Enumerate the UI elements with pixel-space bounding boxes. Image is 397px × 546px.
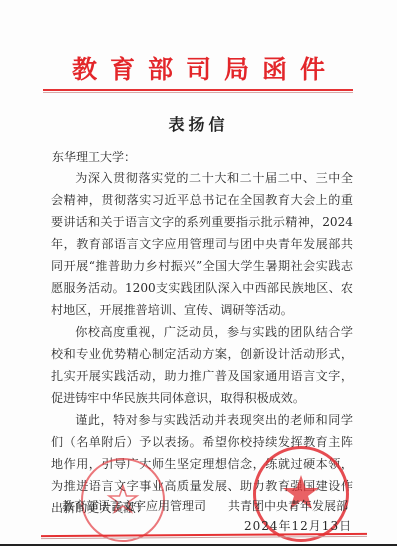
document-date: 2024年12月13日: [244, 517, 352, 534]
letterhead-title: 教育部司局函件: [0, 50, 397, 86]
salutation: 东华理工大学：: [52, 148, 136, 165]
letterhead-rule-shadow: [43, 92, 353, 93]
signatory-right: 共青团中央青年发展部: [228, 497, 348, 514]
document-title: 表扬信: [0, 112, 397, 135]
paragraph-2: 你校高度重视，广泛动员，参与实践的团队结合学校和专业优势精心制定活动方案，创新设…: [51, 321, 353, 409]
letterhead-red-rule: [43, 89, 353, 91]
document-page: 教育部司局函件 表扬信 东华理工大学： 为深入贯彻落实党的二十大和二十届二中、三…: [0, 0, 397, 546]
paragraph-1: 为深入贯彻落实党的二十大和二十届二中、三中全会精神，贯彻落实习近平总书记在全国教…: [51, 167, 353, 321]
signatory-left: 教育部语言文字应用管理司: [62, 497, 206, 514]
